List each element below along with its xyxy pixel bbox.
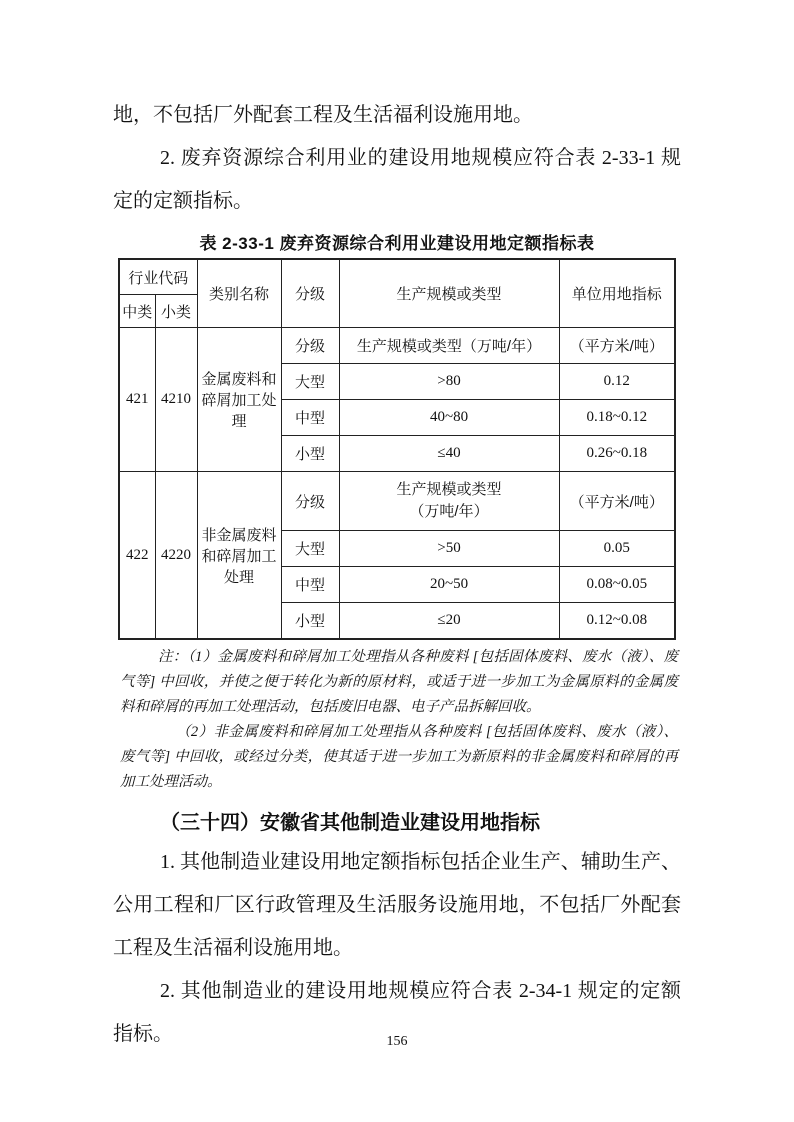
section-heading: （三十四）安徽省其他制造业建设用地指标 [113,806,681,835]
table-notes: 注：（1）金属废料和碎屑加工处理指从各种废料 [包括固体废料、废水（液）、废气等… [120,645,678,795]
cell-grade: 小型 [281,603,339,640]
header-grade: 分级 [281,259,339,328]
cell-subheader-indicator: （平方米/吨） [559,472,675,531]
cell-indicator: 0.08~0.05 [559,567,675,603]
cell-scale: 40~80 [339,400,559,436]
header-indicator: 单位用地指标 [559,259,675,328]
header-industry-code: 行业代码 [119,259,197,295]
cell-subheader-scale: 生产规模或类型（万吨/年） [339,328,559,364]
header-mid-class: 中类 [119,295,155,328]
table-header-row-1: 行业代码 类别名称 分级 生产规模或类型 单位用地指标 [119,259,675,295]
cell-indicator: 0.12~0.08 [559,603,675,640]
cell-small-code: 4210 [155,328,197,472]
cell-subheader-grade: 分级 [281,472,339,531]
header-scale: 生产规模或类型 [339,259,559,328]
note-2: （2）非金属废料和碎屑加工处理指从各种废料 [包括固体废料、废水（液）、废气等]… [120,720,678,795]
document-page: 地，不包括厂外配套工程及生活福利设施用地。 2. 废弃资源综合利用业的建设用地规… [0,0,794,1122]
cell-subheader-scale: 生产规模或类型 （万吨/年） [339,472,559,531]
cell-grade: 大型 [281,531,339,567]
table-title: 表 2-33-1 废弃资源综合利用业建设用地定额指标表 [113,229,681,254]
quota-table: 行业代码 类别名称 分级 生产规模或类型 单位用地指标 中类 小类 421 42… [118,258,676,640]
cell-scale: ≤40 [339,436,559,472]
cell-scale: >50 [339,531,559,567]
cell-indicator: 0.26~0.18 [559,436,675,472]
header-small-class: 小类 [155,295,197,328]
cell-mid-code: 421 [119,328,155,472]
cell-scale: 20~50 [339,567,559,603]
cell-indicator: 0.12 [559,364,675,400]
paragraph-table-ref: 2. 废弃资源综合利用业的建设用地规模应符合表 2-33-1 规定的定额指标。 [113,137,681,223]
cell-grade: 小型 [281,436,339,472]
cell-scale: >80 [339,364,559,400]
section-paragraph-1: 1. 其他制造业建设用地定额指标包括企业生产、辅助生产、公用工程和厂区行政管理及… [113,841,681,970]
cell-scale: ≤20 [339,603,559,640]
cell-small-code: 4220 [155,472,197,640]
cell-subheader-indicator: （平方米/吨） [559,328,675,364]
page-content: 地，不包括厂外配套工程及生活福利设施用地。 2. 废弃资源综合利用业的建设用地规… [113,0,681,1056]
cell-category: 金属废料和碎屑加工处理 [197,328,281,472]
note-1: 注：（1）金属废料和碎屑加工处理指从各种废料 [包括固体废料、废水（液）、废气等… [120,645,678,720]
cell-indicator: 0.18~0.12 [559,400,675,436]
table-row-group1-subheader: 421 4210 金属废料和碎屑加工处理 分级 生产规模或类型（万吨/年） （平… [119,328,675,364]
cell-subheader-grade: 分级 [281,328,339,364]
cell-mid-code: 422 [119,472,155,640]
paragraph-continuation: 地，不包括厂外配套工程及生活福利设施用地。 [113,94,681,137]
cell-grade: 大型 [281,364,339,400]
cell-grade: 中型 [281,567,339,603]
table-row-group2-subheader: 422 4220 非金属废料和碎屑加工处理 分级 生产规模或类型 （万吨/年） … [119,472,675,531]
page-number: 156 [0,1034,794,1050]
cell-grade: 中型 [281,400,339,436]
header-category-name: 类别名称 [197,259,281,328]
cell-category: 非金属废料和碎屑加工处理 [197,472,281,640]
cell-indicator: 0.05 [559,531,675,567]
